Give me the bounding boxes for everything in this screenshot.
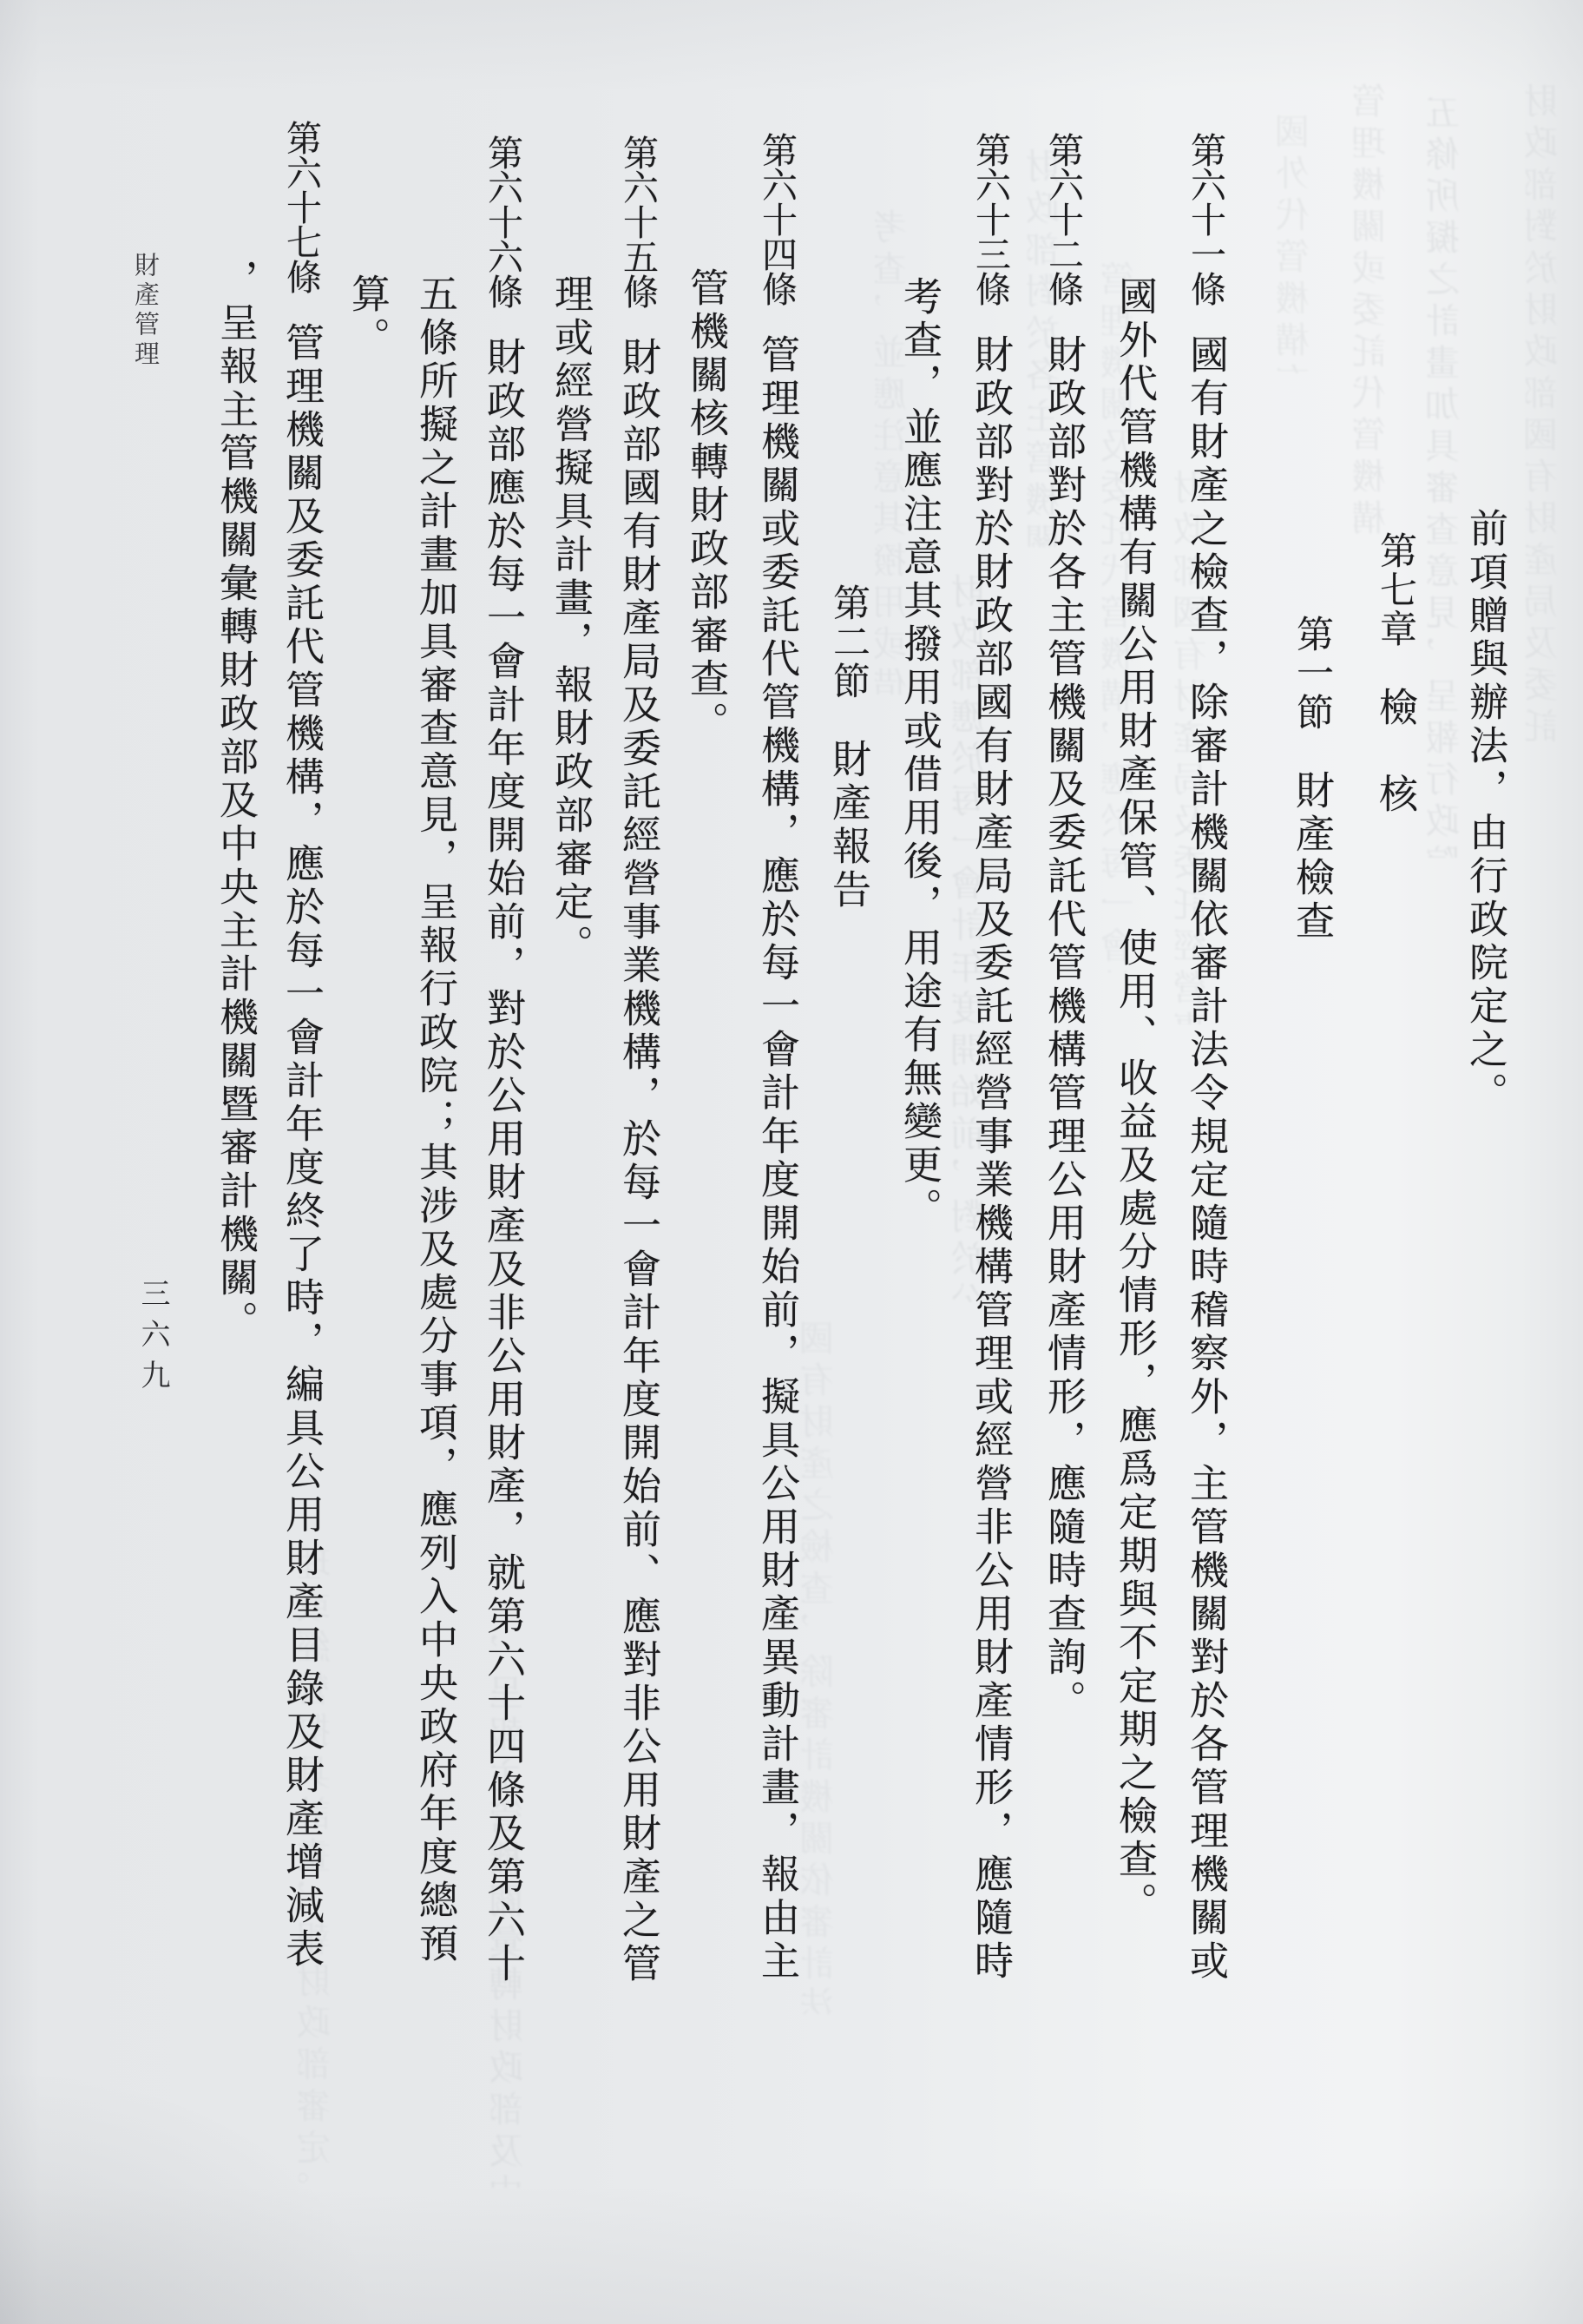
article-63-column: 第六十三條財政部對於財政部國有財產局及委託經營事業機構管理或經營非公用財產情形，… <box>970 132 1009 1984</box>
scanned-book-page: 財政部對於財政部國有財產局及委託經營事業機構管理或經營非公用財產情形，應隨時 五… <box>0 0 1583 2324</box>
article-62-column: 第六十二條財政部對於各主管機關及委託代管機構管理公用財產情形，應隨時查詢。 <box>1043 132 1082 1723</box>
article-62-text: 財政部對於各主管機關及委託代管機構管理公用財產情形，應隨時查詢。 <box>1041 334 1085 1723</box>
article-65-number: 第六十五條 <box>618 135 658 308</box>
article-67-column: 第六十七條管理機關及委託代管機構，應於每一會計年度終了時，編具公用財產目錄及財產… <box>281 120 320 1972</box>
section-2-number: 第二節 <box>828 583 869 701</box>
article-65-continuation: 理或經營擬具計畫，報財政部審定。 <box>550 273 589 968</box>
article-66-number: 第六十六條 <box>483 135 522 308</box>
article-65-text: 財政部國有財產局及委託經營事業機構，於每一會計年度開始前、應對非公用財產之管 <box>616 337 660 1986</box>
article-64-text: 管理機關或委託代管機構，應於每一會計年度開始前，擬具公用財產異動計畫，報由主 <box>755 334 798 1984</box>
article-61-column: 第六十一條國有財產之檢查，除審計機關依審計法令規定隨時稽察外，主管機關對於各管理… <box>1186 132 1225 1984</box>
article-67-text: 管理機關及委託代管機構，應於每一會計年度終了時，編具公用財產目錄及財產增減表 <box>279 322 323 1972</box>
article-67-continuation: ，呈報主管機關彙轉財政部及中央主計機關暨審計機關。 <box>215 259 254 1344</box>
prev-article-tail: 前項贈與辦法，由行政院定之。 <box>1465 508 1504 1116</box>
article-66-text: 財政部應於每一會計年度開始前，對於公用財產及非公用財產，就第六十四條及第六十 <box>481 337 524 1986</box>
article-62-number: 第六十二條 <box>1043 132 1083 306</box>
article-63-number: 第六十三條 <box>970 132 1010 306</box>
article-64-number: 第六十四條 <box>757 132 797 306</box>
bleedthrough-ghost: 管理機關或委託代管機構，應於每一會計年度開始前，擬具公用財產異動計畫，報由主 <box>1354 82 1389 534</box>
bleedthrough-ghost: 國外代管機構有關公用財產保管、使用、收益及處分情形，應爲定期與不定期之檢查。 <box>1278 113 1313 373</box>
bleedthrough-ghost: 國有財產之檢查，除審計機關依審計法令規定隨時稽察外，主管機關對於各管理機關或 <box>802 1320 837 2014</box>
section-1-title: 財產檢查 <box>1290 770 1333 944</box>
article-66-column: 第六十六條財政部應於每一會計年度開始前，對於公用財產及非公用財產，就第六十四條及… <box>483 135 522 1986</box>
article-64-column: 第六十四條管理機關或委託代管機構，應於每一會計年度開始前，擬具公用財產異動計畫，… <box>757 132 796 1984</box>
section-1-number: 第一節 <box>1291 615 1332 732</box>
article-64-continuation: 管機關核轉財政部審查。 <box>686 267 725 745</box>
margin-header: 財產管理 <box>132 252 157 370</box>
article-65-column: 第六十五條財政部國有財產局及委託經營事業機構，於每一會計年度開始前、應對非公用財… <box>618 135 657 1986</box>
article-63-continuation: 考查，並應注意其撥用或借用後，用途有無變更。 <box>899 276 938 1231</box>
bleedthrough-ghost: 財政部對於財政部國有財產局及委託經營事業機構管理或經營非公用財產情形，應隨時 <box>1526 82 1561 742</box>
article-66-continuation: 五條所擬之計畫加具審查意見，呈報行政院；其涉及處分事項，應列入中央政府年度總預 <box>415 273 454 1966</box>
section-1-heading: 第一節財產檢查 <box>1291 615 1330 944</box>
article-67-number: 第六十七條 <box>281 120 321 293</box>
page-number: 三六九 <box>137 1278 167 1400</box>
chapter-heading: 第七章檢 核 <box>1375 531 1414 817</box>
section-2-title: 財產報告 <box>826 739 870 912</box>
article-66-continuation-2: 算。 <box>347 273 386 360</box>
chapter-number: 第七章 <box>1375 531 1416 648</box>
chapter-title: 檢 核 <box>1373 687 1416 817</box>
article-61-continuation: 國外代管機構有關公用財產保管、使用、收益及處分情形，應爲定期與不定期之檢查。 <box>1114 276 1153 1926</box>
section-2-heading: 第二節財產報告 <box>828 583 867 912</box>
bleedthrough-ghost: 五條所擬之計畫加具審查意見，呈報行政院；其涉及處分事項，應列入中央政府年度總預 <box>1428 94 1463 858</box>
article-63-text: 財政部對於財政部國有財產局及委託經營事業機構管理或經營非公用財產情形，應隨時 <box>969 334 1012 1984</box>
article-61-number: 第六十一條 <box>1186 132 1225 306</box>
article-61-text: 國有財產之檢查，除審計機關依審計法令規定隨時稽察外，主管機關對於各管理機關或 <box>1184 334 1227 1984</box>
